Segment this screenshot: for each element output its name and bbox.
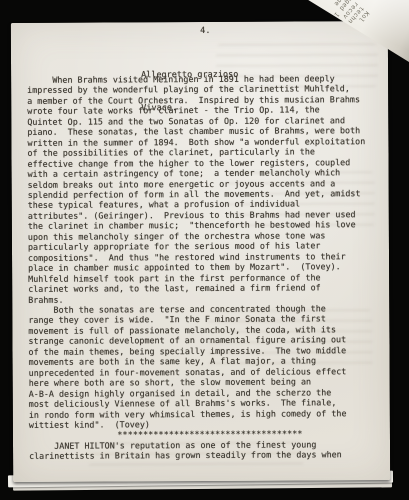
- paragraph-sonatas-description: Both the sonatas are terse and concentra…: [28, 303, 391, 430]
- paragraph-brahms-meiningen: When Brahms visited Meiningen in 1891 he…: [27, 73, 390, 305]
- photo-scene: 4. Allegretto grazioso Vivace. When Brah…: [0, 0, 409, 500]
- paragraph-janet-hilton: JANET HILTON's reputation as one of the …: [29, 439, 391, 462]
- page-number: 4.: [17, 25, 394, 37]
- body-text: When Brahms visited Meiningen in 1891 he…: [27, 73, 391, 462]
- document-page: 4. Allegretto grazioso Vivace. When Brah…: [11, 21, 390, 482]
